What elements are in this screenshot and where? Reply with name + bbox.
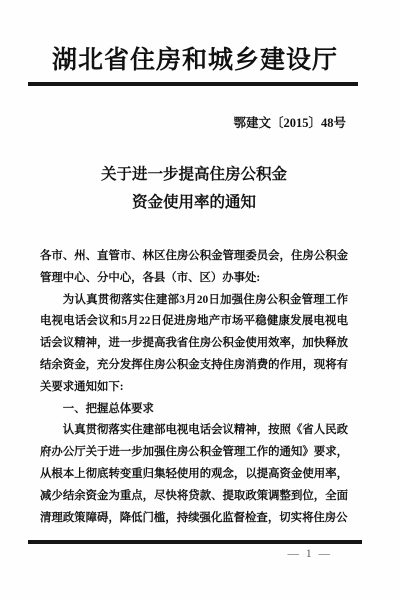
title-line-2: 资金使用率的通知 [0,189,388,217]
document-page: 湖北省住房和城乡建设厅 鄂建文〔2015〕48号 关于进一步提高住房公积金 资金… [0,0,400,600]
salutation: 各市、州、直管市、林区住房公积金管理委员会，住房公积金管理中心、分中心，各县（市… [40,246,348,290]
document-number: 鄂建文〔2015〕48号 [0,113,346,131]
section-heading-1: 一、把握总体要求 [40,399,348,421]
notice-body: 各市、州、直管市、林区住房公积金管理委员会，住房公积金管理中心、分中心，各县（市… [40,246,348,529]
title-line-1: 关于进一步提高住房公积金 [0,161,388,189]
page-number: — 1 — [288,548,333,560]
paragraph-1: 为认真贯彻落实住建部3月20日加强住房公积金管理工作电视电话会议和5月22日促进… [40,290,348,399]
footer-double-rule [28,540,362,544]
agency-name: 湖北省住房和城乡建设厅 [0,40,390,76]
paragraph-2: 认真贯彻落实住建部电视电话会议精神，按照《省人民政府办公厅关于进一步加强住房公积… [40,420,348,529]
notice-title: 关于进一步提高住房公积金 资金使用率的通知 [0,161,388,217]
header-double-rule [28,82,358,86]
